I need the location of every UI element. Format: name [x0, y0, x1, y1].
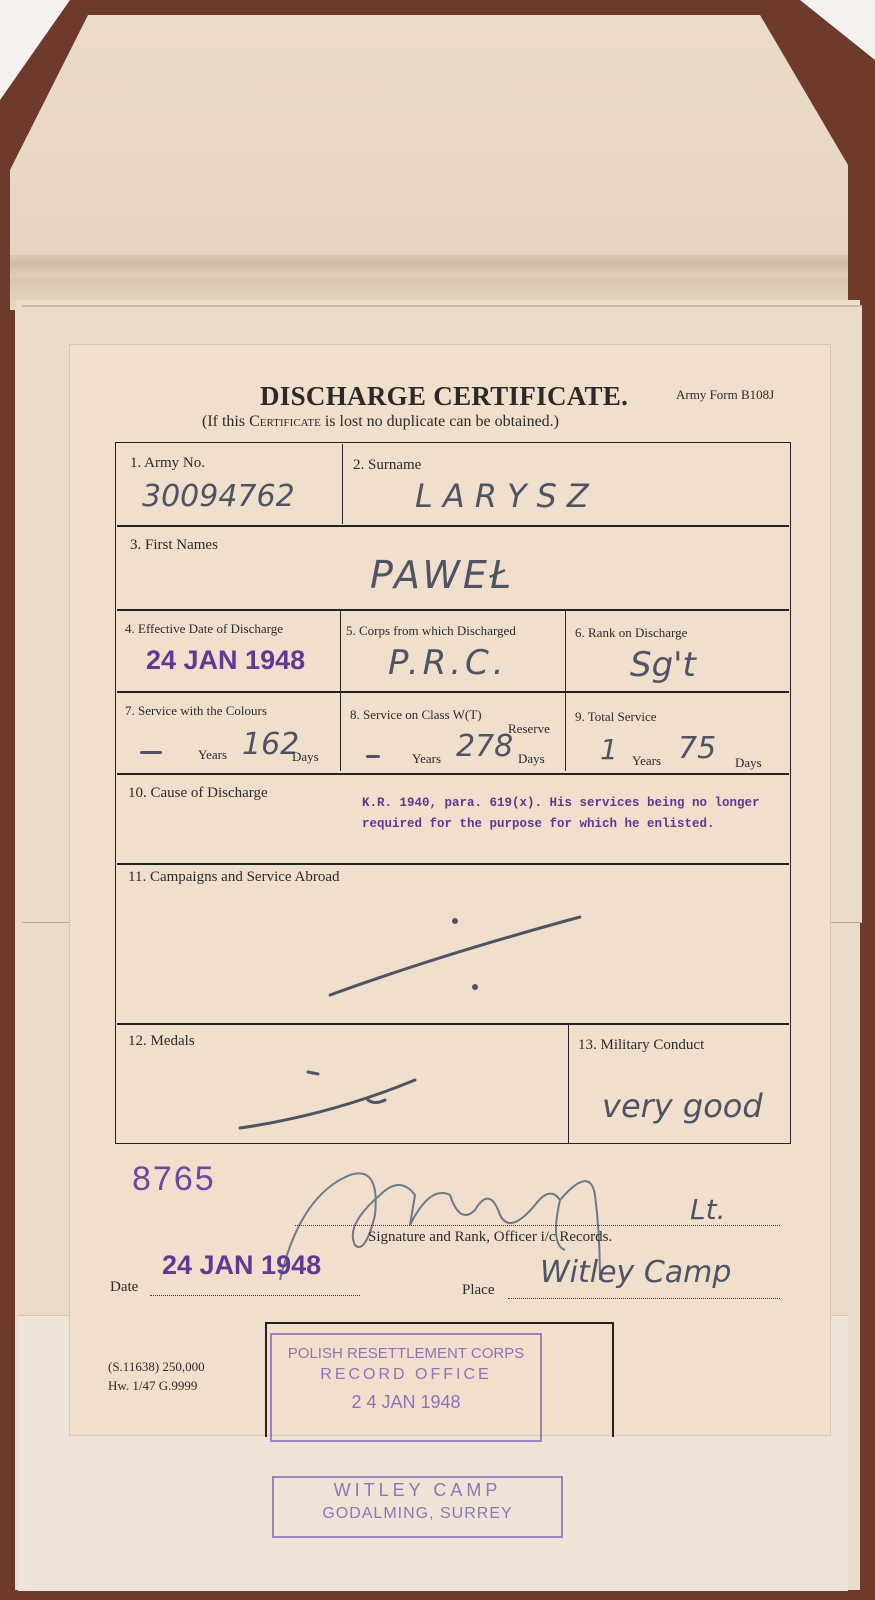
divider — [117, 691, 789, 693]
years-label: Years — [632, 753, 661, 769]
cause-value: K.R. 1940, para. 619(x). His services be… — [362, 793, 762, 835]
surname-label: 2. Surname — [353, 457, 421, 474]
surname-value: LARYSZ — [415, 477, 599, 515]
serial-stamp: 8765 — [132, 1160, 216, 1199]
flap-crease — [10, 255, 848, 277]
medals-nil-mark — [230, 1060, 430, 1135]
service-reserve-label-2: Reserve — [508, 721, 550, 737]
divider — [117, 525, 789, 527]
corps-value: P.R.C. — [388, 643, 508, 683]
date-label: Date — [110, 1279, 138, 1296]
service-colours-years — [140, 751, 162, 754]
discharge-certificate: DISCHARGE CERTIFICATE. Army Form B108J (… — [70, 345, 830, 1435]
rank-value: Sg't — [630, 645, 696, 685]
print-codes: (S.11638) 250,000 Hw. 1/47 G.9999 — [108, 1357, 205, 1395]
camp-stamp-line-1: WITLEY CAMP — [274, 1480, 561, 1501]
rank-label: 6. Rank on Discharge — [575, 625, 687, 641]
record-office-stamp: POLISH RESETTLEMENT CORPS RECORD OFFICE … — [270, 1333, 542, 1442]
subtitle-smallcaps: Certificate — [249, 413, 321, 430]
conduct-value: very good — [602, 1087, 763, 1125]
army-no-value: 30094762 — [142, 479, 295, 514]
date-line — [150, 1295, 360, 1296]
cause-label: 10. Cause of Discharge — [128, 785, 268, 802]
divider — [342, 444, 343, 524]
divider — [117, 609, 789, 611]
certificate-title: DISCHARGE CERTIFICATE. — [260, 381, 628, 412]
discharge-date-label: 4. Effective Date of Discharge — [125, 621, 283, 637]
subtitle-suffix: is lost no duplicate can be obtained.) — [321, 413, 559, 430]
divider — [568, 1025, 569, 1143]
years-label: Years — [412, 751, 441, 767]
record-office-stamp-line-2: RECORD OFFICE — [272, 1366, 540, 1384]
service-colours-days: 162 — [242, 727, 299, 762]
signature-line — [295, 1225, 780, 1226]
print-code-line-2: Hw. 1/47 G.9999 — [108, 1376, 205, 1395]
total-service-days: 75 — [678, 731, 716, 766]
service-reserve-years — [366, 755, 380, 758]
days-label: Days — [292, 749, 319, 765]
campaigns-label: 11. Campaigns and Service Abroad — [128, 869, 339, 886]
record-office-stamp-line-3: 2 4 JAN 1948 — [272, 1392, 540, 1413]
certificate-subtitle: (If this Certificate is lost no duplicat… — [202, 413, 559, 431]
signature-rank: Lt. — [690, 1193, 725, 1226]
divider — [117, 773, 789, 775]
first-names-label: 3. First Names — [130, 537, 218, 554]
divider — [117, 1023, 789, 1025]
service-reserve-label: 8. Service on Class W(T) — [350, 707, 482, 723]
days-label: Days — [735, 755, 762, 771]
days-label: Days — [518, 751, 545, 767]
place-value: Witley Camp — [540, 1255, 731, 1290]
service-reserve-days: 278 — [456, 729, 513, 764]
discharge-date-stamp: 24 JAN 1948 — [146, 645, 305, 676]
record-office-stamp-line-1: POLISH RESETTLEMENT CORPS — [272, 1345, 540, 1362]
place-label: Place — [462, 1282, 494, 1299]
camp-stamp: WITLEY CAMP GODALMING, SURREY — [272, 1476, 563, 1538]
form-reference: Army Form B108J — [676, 387, 774, 403]
army-no-label: 1. Army No. — [130, 455, 205, 472]
campaigns-nil-mark — [320, 905, 600, 1005]
years-label: Years — [198, 747, 227, 763]
total-service-years: 1 — [600, 733, 618, 766]
conduct-label: 13. Military Conduct — [578, 1037, 704, 1054]
subtitle-prefix: (If this — [202, 413, 249, 430]
place-line — [508, 1298, 780, 1299]
camp-stamp-line-2: GODALMING, SURREY — [274, 1505, 561, 1523]
print-code-line-1: (S.11638) 250,000 — [108, 1357, 205, 1376]
date-stamp: 24 JAN 1948 — [162, 1250, 321, 1281]
divider — [117, 863, 789, 865]
signature-label: Signature and Rank, Officer i/c Records. — [368, 1229, 612, 1246]
medals-label: 12. Medals — [128, 1033, 195, 1050]
total-service-label: 9. Total Service — [575, 709, 657, 725]
first-names-value: PAWEŁ — [370, 553, 514, 597]
service-colours-label: 7. Service with the Colours — [125, 703, 267, 719]
corps-label: 5. Corps from which Discharged — [346, 623, 516, 639]
